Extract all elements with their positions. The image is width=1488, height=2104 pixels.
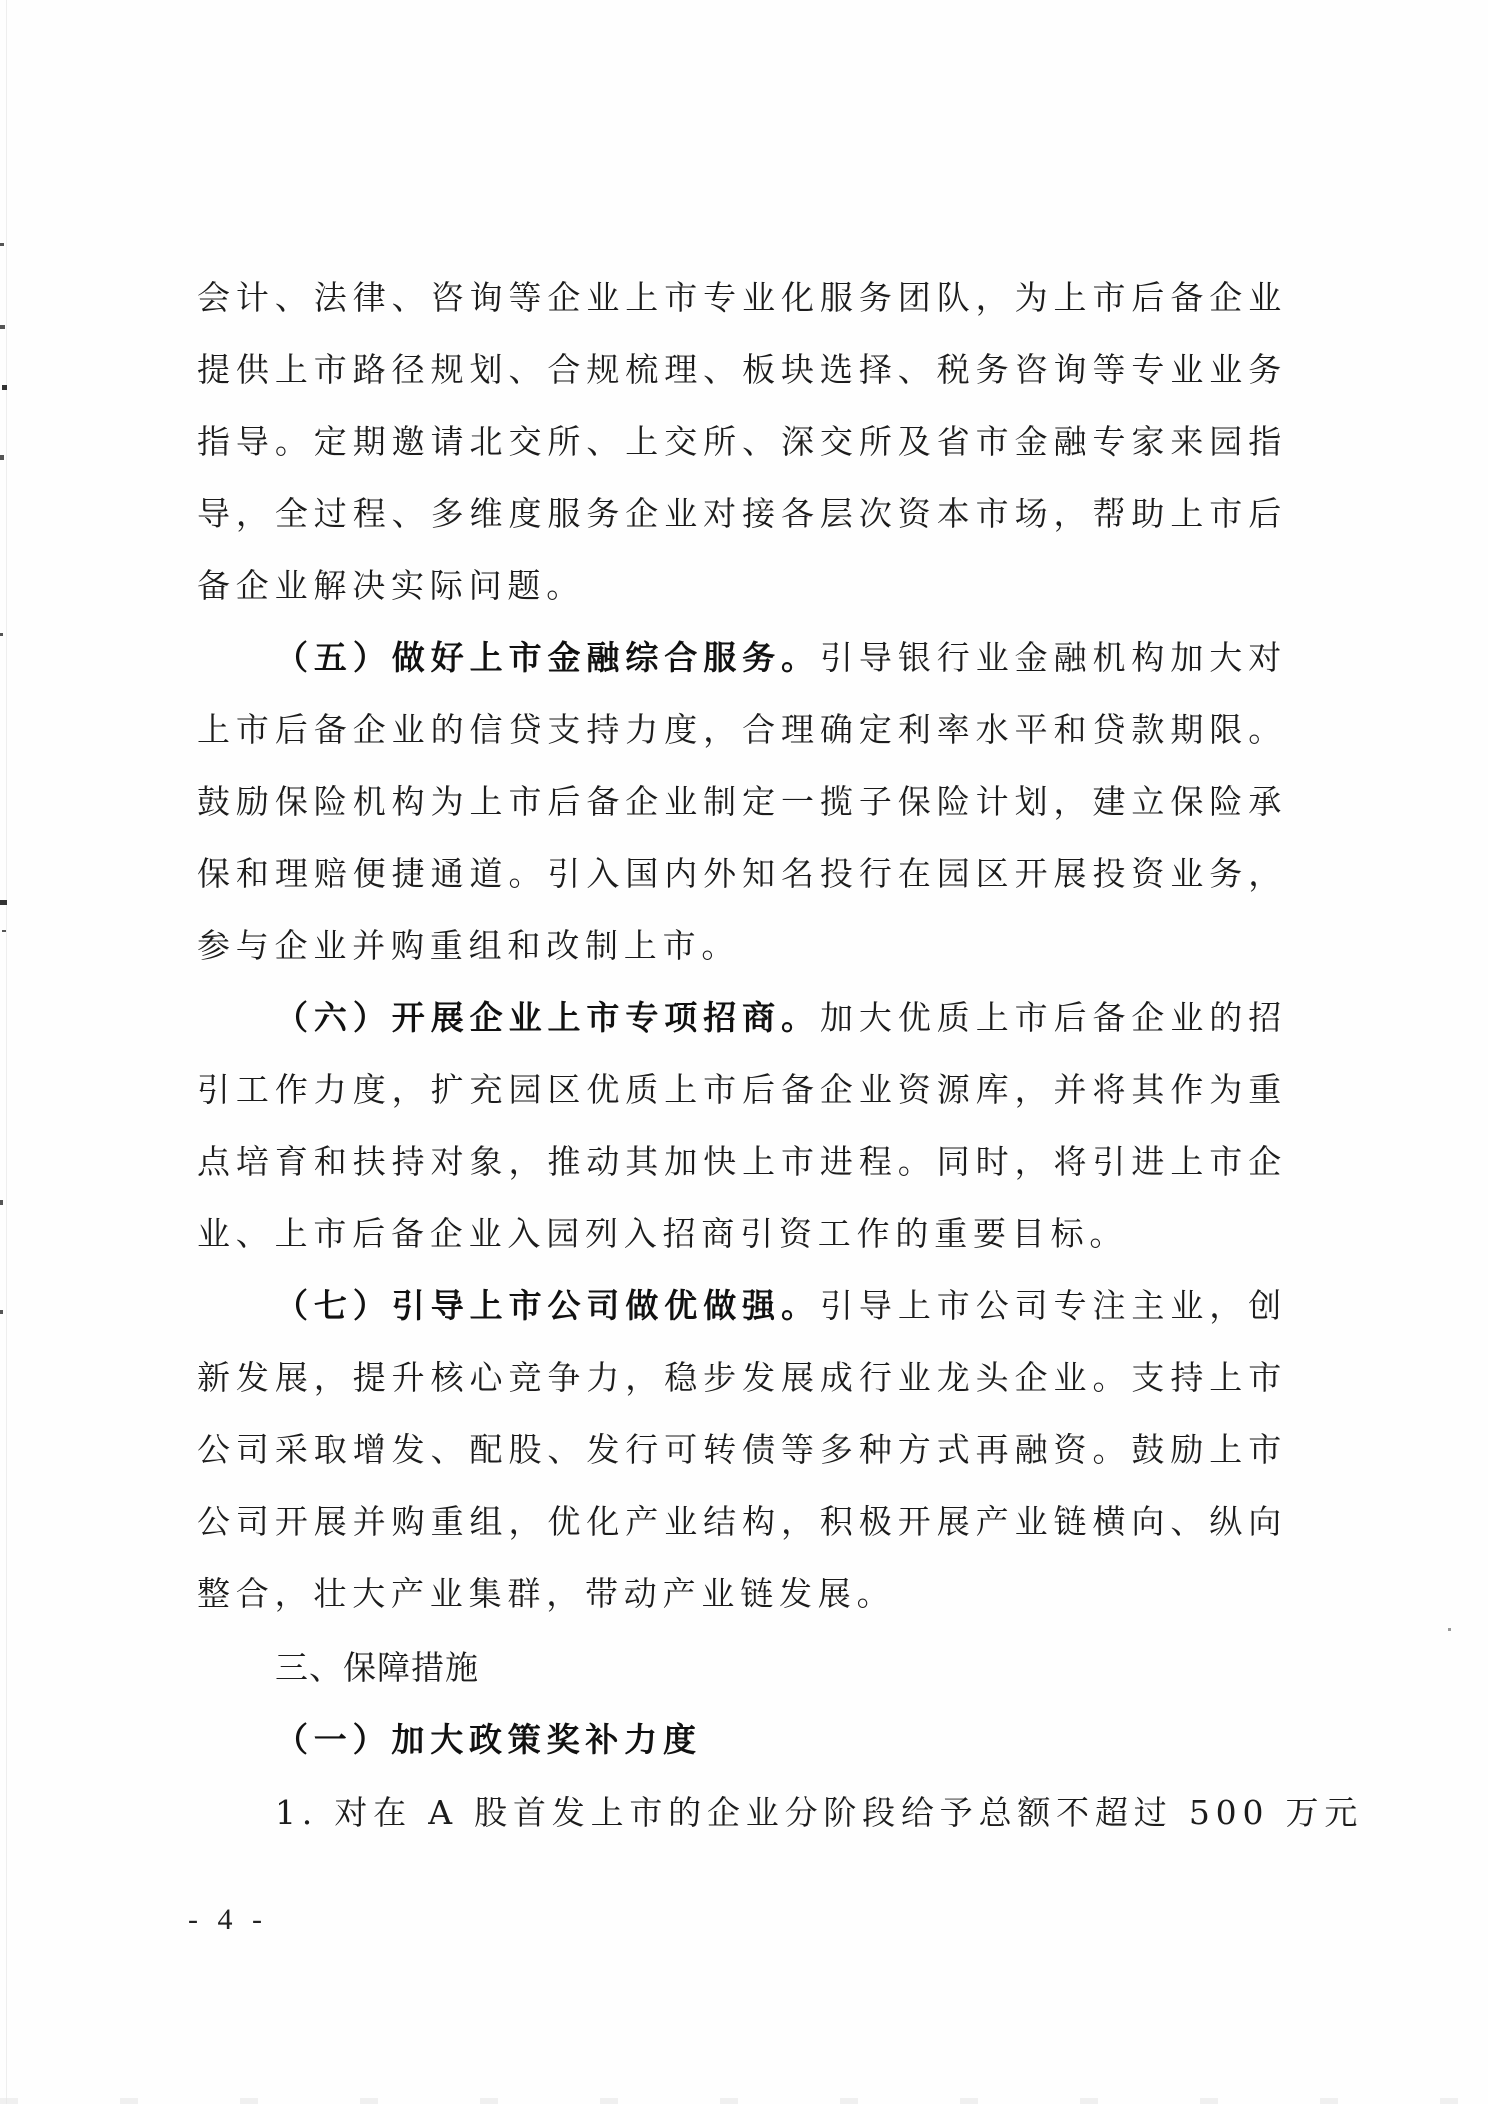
scan-artifact bbox=[2, 385, 7, 390]
scan-artifact bbox=[0, 455, 4, 460]
scan-artifact bbox=[1448, 1628, 1451, 1631]
section-7-text: 引导上市公司专注主业，创 bbox=[820, 1286, 1287, 1325]
scan-artifact bbox=[0, 325, 5, 329]
paragraph-line: 引工作力度，扩充园区优质上市后备企业资源库，并将其作为重 bbox=[197, 1070, 1287, 1110]
scan-artifact bbox=[0, 1310, 3, 1314]
part-3-subheading: （一）加大政策奖补力度 bbox=[275, 1720, 1287, 1760]
section-5-first-line: （五）做好上市金融综合服务。引导银行业金融机构加大对 bbox=[275, 638, 1287, 678]
paragraph-line: 备企业解决实际问题。 bbox=[197, 566, 1287, 606]
paragraph-line: 公司开展并购重组，优化产业结构，积极开展产业链横向、纵向 bbox=[197, 1502, 1287, 1542]
section-7-heading: （七）引导上市公司做优做强。 bbox=[275, 1286, 820, 1325]
page-number: - 4 - bbox=[188, 1900, 268, 1940]
paragraph-line: 鼓励保险机构为上市后备企业制定一揽子保险计划，建立保险承 bbox=[197, 782, 1287, 822]
paragraph-line: 点培育和扶持对象，推动其加快上市进程。同时，将引进上市企 bbox=[197, 1142, 1287, 1182]
scan-artifact bbox=[0, 1200, 3, 1205]
section-6-heading: （六）开展企业上市专项招商。 bbox=[275, 998, 820, 1037]
section-5-heading: （五）做好上市金融综合服务。 bbox=[275, 638, 820, 677]
scan-artifact bbox=[2, 930, 6, 932]
scan-bottom-marks bbox=[0, 2098, 1488, 2104]
paragraph-line: 公司采取增发、配股、发行可转债等多种方式再融资。鼓励上市 bbox=[197, 1430, 1287, 1470]
part-3-item-1: 1. 对在 A 股首发上市的企业分阶段给予总额不超过 500 万元 bbox=[275, 1793, 1287, 1833]
section-7-first-line: （七）引导上市公司做优做强。引导上市公司专注主业，创 bbox=[275, 1286, 1287, 1326]
scan-artifact bbox=[0, 633, 3, 636]
section-6-first-line: （六）开展企业上市专项招商。加大优质上市后备企业的招 bbox=[275, 998, 1287, 1038]
paragraph-line: 导，全过程、多维度服务企业对接各层次资本市场，帮助上市后 bbox=[197, 494, 1287, 534]
part-3-heading: 三、保障措施 bbox=[275, 1648, 1287, 1688]
paragraph-line: 参与企业并购重组和改制上市。 bbox=[197, 926, 1287, 966]
paragraph-line: 指导。定期邀请北交所、上交所、深交所及省市金融专家来园指 bbox=[197, 422, 1287, 462]
document-page: 会计、法律、咨询等企业上市专业化服务团队，为上市后备企业 提供上市路径规划、合规… bbox=[0, 0, 1488, 2104]
paragraph-line: 业、上市后备企业入园列入招商引资工作的重要目标。 bbox=[197, 1214, 1287, 1254]
section-5-text: 引导银行业金融机构加大对 bbox=[820, 638, 1287, 677]
paragraph-line: 会计、法律、咨询等企业上市专业化服务团队，为上市后备企业 bbox=[197, 278, 1287, 318]
scan-artifact bbox=[0, 900, 7, 905]
paragraph-line: 整合，壮大产业集群，带动产业链发展。 bbox=[197, 1574, 1287, 1614]
scan-edge-line bbox=[6, 0, 7, 2104]
paragraph-line: 上市后备企业的信贷支持力度，合理确定利率水平和贷款期限。 bbox=[197, 710, 1287, 750]
paragraph-line: 提供上市路径规划、合规梳理、板块选择、税务咨询等专业业务 bbox=[197, 350, 1287, 390]
section-6-text: 加大优质上市后备企业的招 bbox=[820, 998, 1287, 1037]
paragraph-line: 新发展，提升核心竞争力，稳步发展成行业龙头企业。支持上市 bbox=[197, 1358, 1287, 1398]
paragraph-line: 保和理赔便捷通道。引入国内外知名投行在园区开展投资业务， bbox=[197, 854, 1287, 894]
scan-artifact bbox=[0, 243, 4, 246]
